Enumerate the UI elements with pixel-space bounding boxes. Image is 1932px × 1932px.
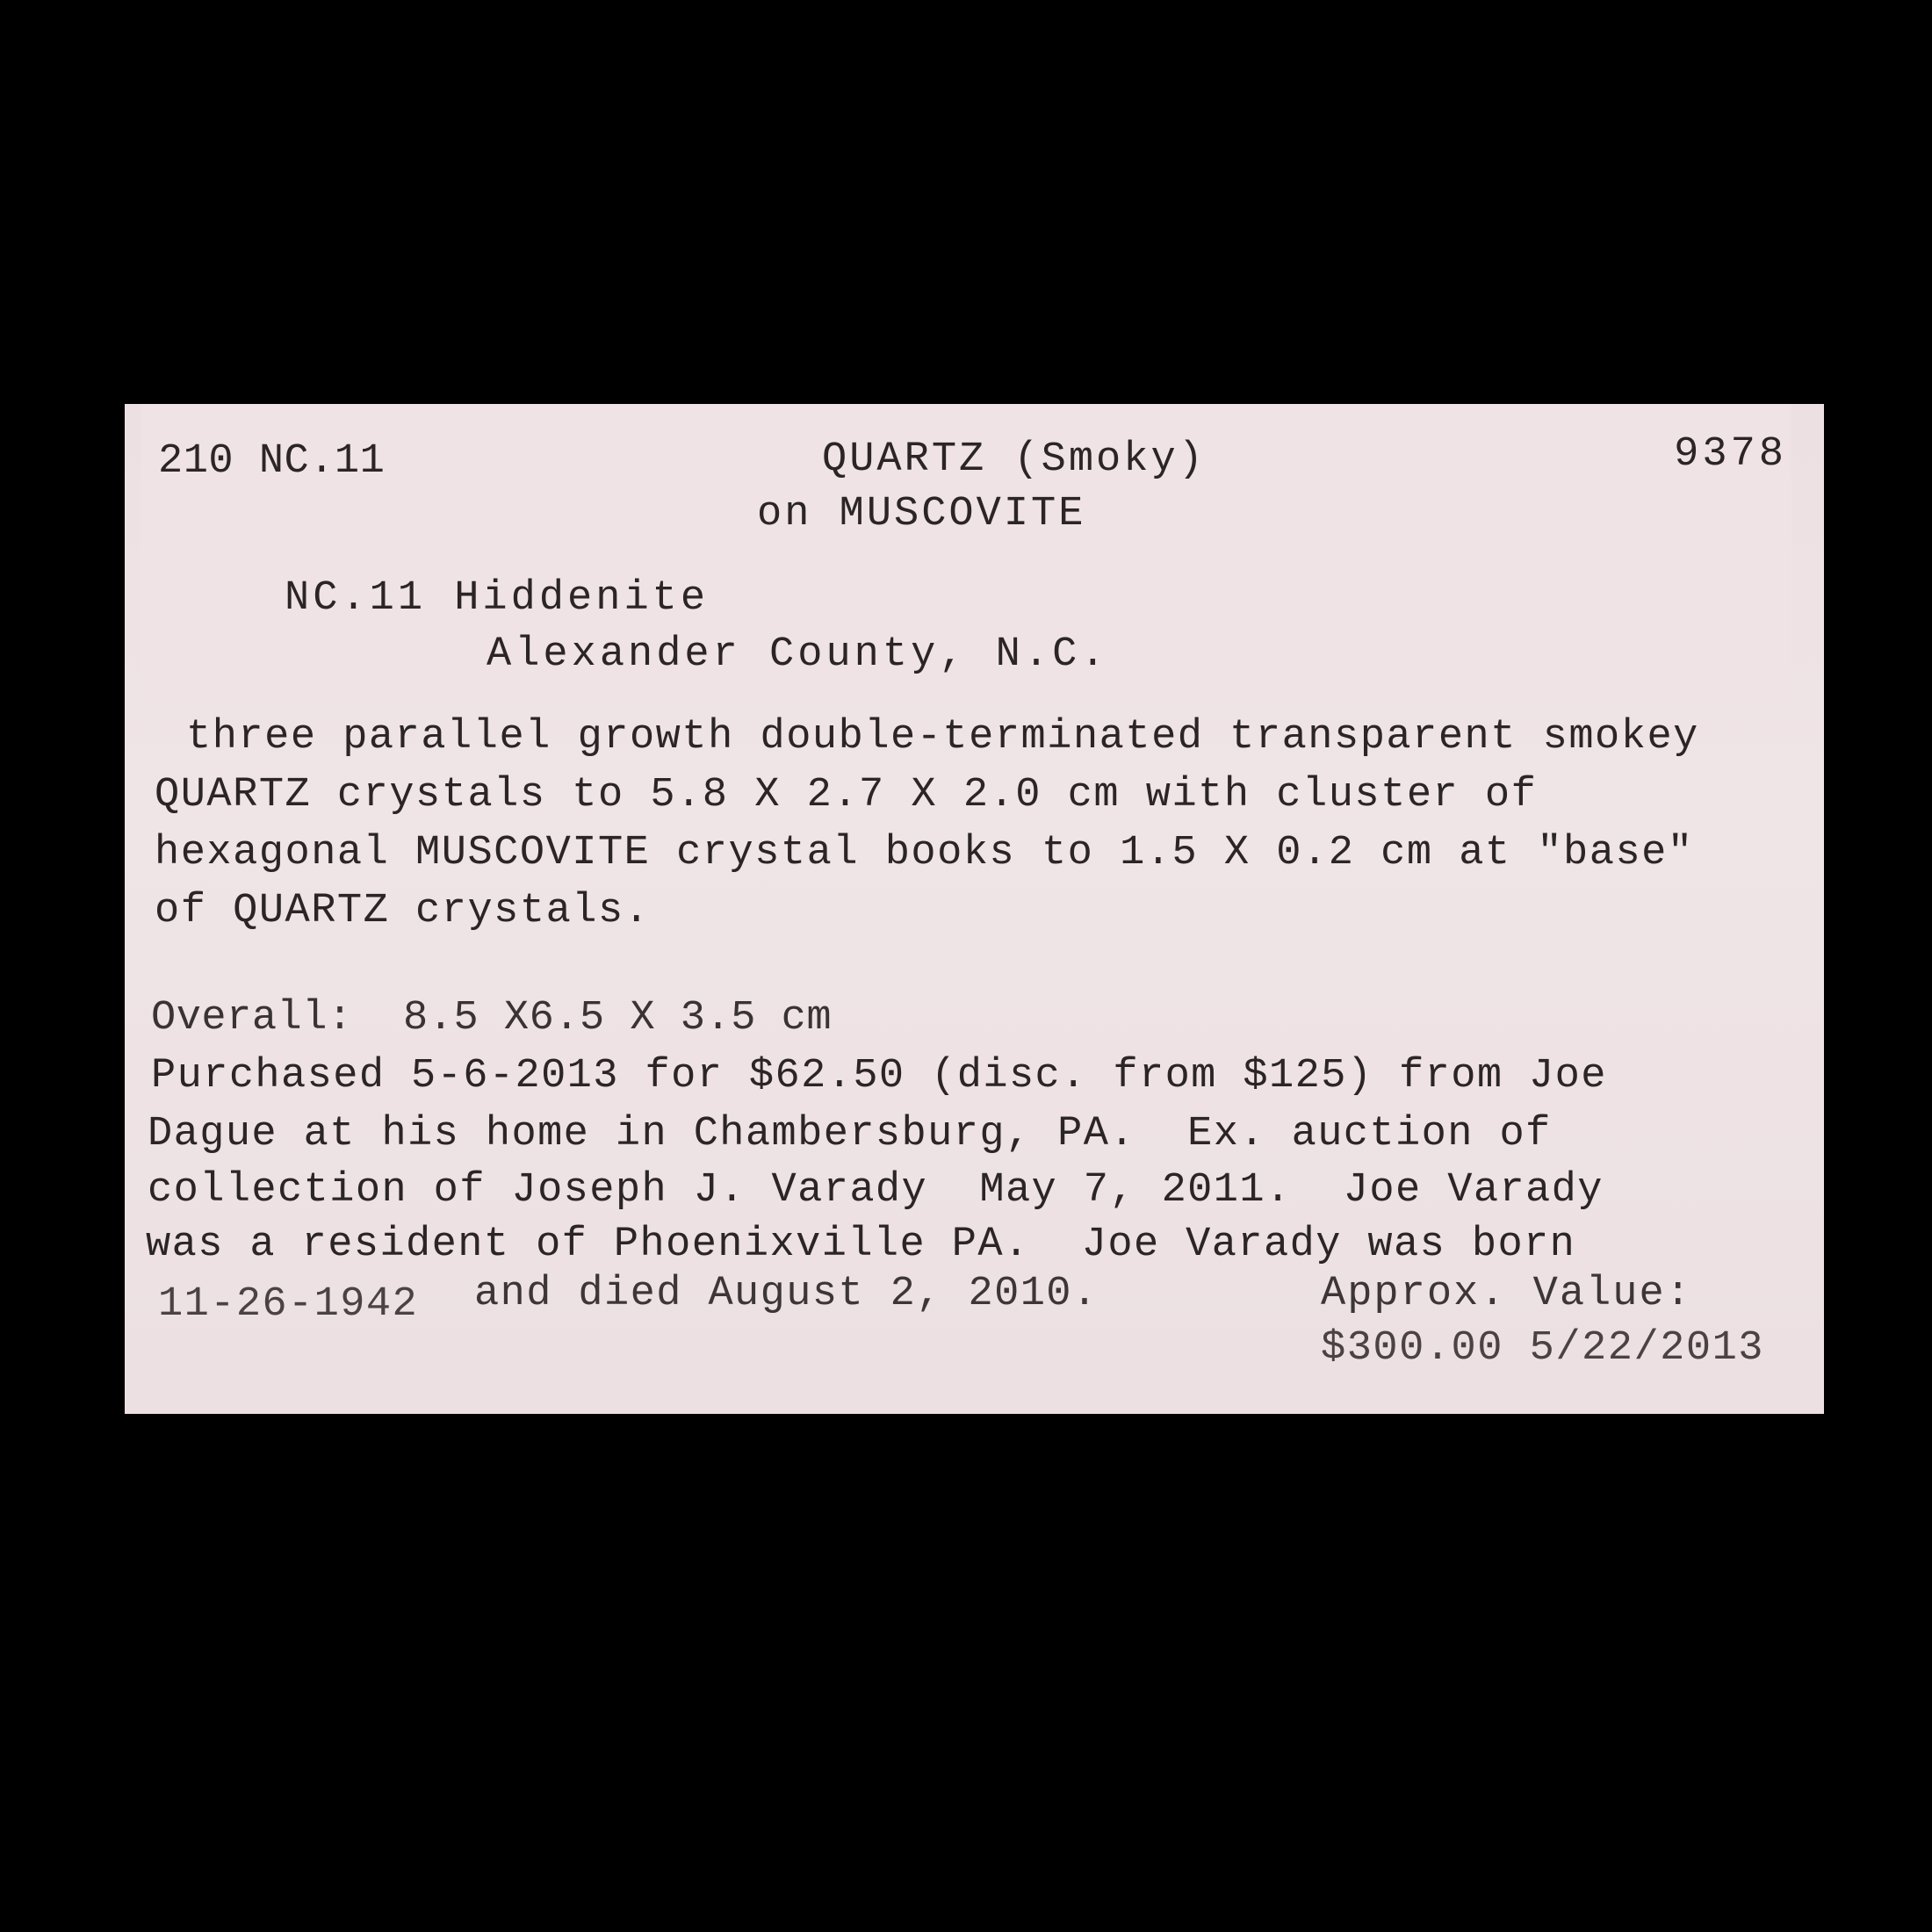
birth-date: 11-26-1942 [158,1284,418,1325]
value-amount: $300.00 5/22/2013 [1321,1328,1764,1369]
locality-county: Alexander County, N.C. [487,634,1109,675]
overall-size: Overall: 8.5 X6.5 X 3.5 cm [151,998,832,1039]
mineral-title: QUARTZ (Smoky) [822,439,1206,480]
provenance-line: was a resident of Phoenixville PA. Joe V… [146,1224,1575,1265]
locality-town: NC.11 Hiddenite [285,578,709,619]
provenance-line: Dague at his home in Chambersburg, PA. E… [148,1114,1552,1155]
description-line: three parallel growth double-terminated … [186,717,1699,758]
specimen-label-card: 210 NC.11 QUARTZ (Smoky) 9378 on MUSCOVI… [125,404,1824,1414]
description-line: hexagonal MUSCOVITE crystal books to 1.5… [155,833,1694,874]
provenance-line: Purchased 5-6-2013 for $62.50 (disc. fro… [151,1056,1607,1097]
value-label: Approx. Value: [1321,1273,1692,1315]
death-date-text: and died August 2, 2010. [474,1273,1099,1315]
description-line: of QUARTZ crystals. [155,890,650,932]
specimen-number: 9378 [1674,434,1787,475]
matrix-subtitle: on MUSCOVITE [757,494,1085,535]
provenance-line: collection of Joseph J. Varady May 7, 20… [148,1170,1604,1211]
description-line: QUARTZ crystals to 5.8 X 2.7 X 2.0 cm wi… [155,775,1537,816]
catalog-id: 210 NC.11 [158,441,385,482]
